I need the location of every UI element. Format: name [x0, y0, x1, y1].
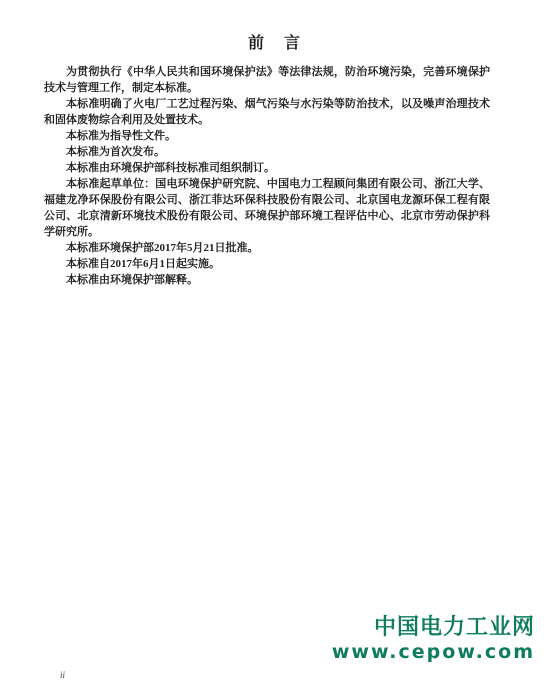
page-title: 前 言 — [0, 30, 550, 53]
watermark-site-url: www.cepow.com — [332, 642, 535, 663]
paragraph-first-issue: 本标准为首次发布。 — [44, 144, 490, 160]
page-number: ii — [60, 670, 65, 680]
site-watermark: 中国电力工业网 www.cepow.com — [332, 615, 535, 663]
paragraph-organizer: 本标准由环境保护部科技标准司组织制订。 — [44, 160, 490, 176]
watermark-site-name: 中国电力工业网 — [332, 615, 535, 639]
paragraph-scope: 本标准明确了火电厂工艺过程污染、烟气污染与水污染等防治技术，以及噪声治理技术和固… — [44, 96, 490, 128]
paragraph-drafting-units: 本标准起草单位：国电环境保护研究院、中国电力工程顾问集团有限公司、浙江大学、福建… — [44, 176, 490, 240]
paragraph-effective-date: 本标准自2017年6月1日起实施。 — [44, 256, 490, 272]
document-body: 为贯彻执行《中华人民共和国环境保护法》等法律法规，防治环境污染，完善环境保护技术… — [44, 64, 490, 288]
document-page: 前 言 为贯彻执行《中华人民共和国环境保护法》等法律法规，防治环境污染，完善环境… — [0, 0, 550, 683]
paragraph-approval-date: 本标准环境保护部2017年5月21日批准。 — [44, 240, 490, 256]
paragraph-interpretation: 本标准由环境保护部解释。 — [44, 272, 490, 288]
paragraph-guidance: 本标准为指导性文件。 — [44, 128, 490, 144]
paragraph-purpose: 为贯彻执行《中华人民共和国环境保护法》等法律法规，防治环境污染，完善环境保护技术… — [44, 64, 490, 96]
